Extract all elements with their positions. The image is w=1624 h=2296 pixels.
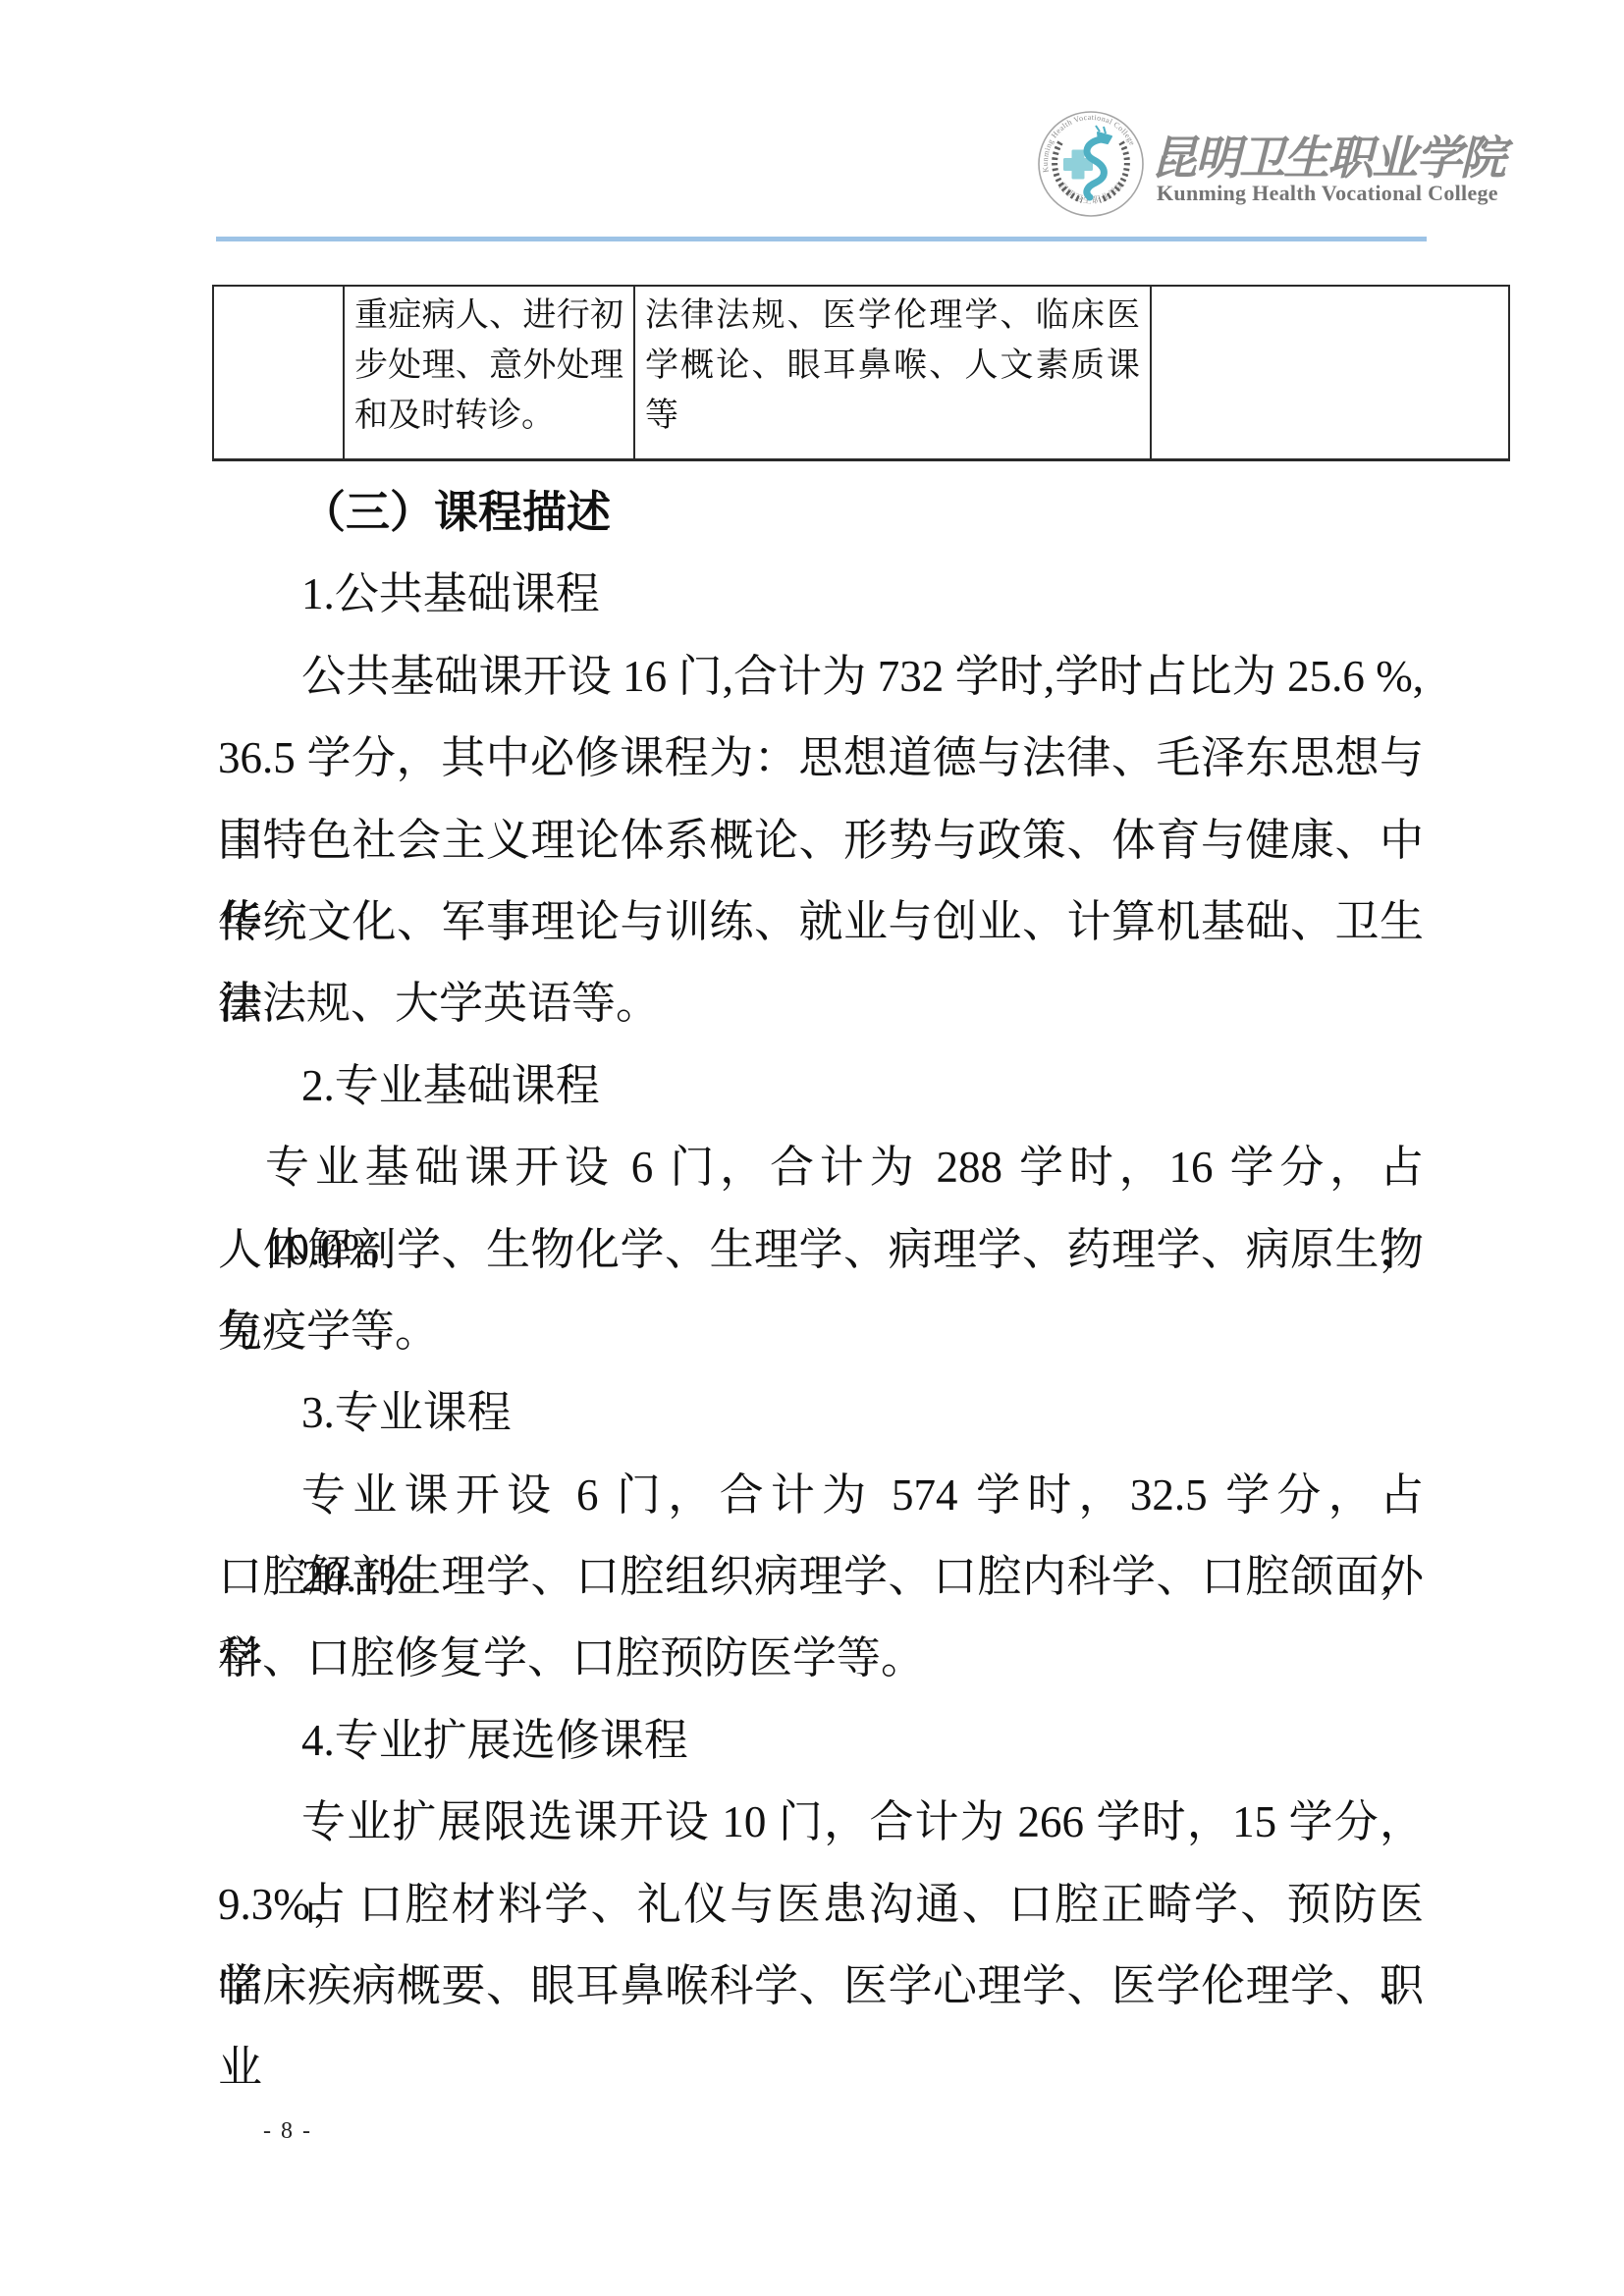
body-content: （三）课程描述 1.公共基础课程 公共基础课开设 16 门,合计为 732 学时… xyxy=(218,472,1424,2027)
body-line: 学、口腔修复学、口腔预防医学等。 xyxy=(218,1618,1424,1699)
subheading-elective-courses: 4.专业扩展选修课程 xyxy=(218,1700,1424,1782)
college-name-zh: 昆明卫生职业学院 xyxy=(1151,122,1514,177)
section-heading-course-description: （三）课程描述 xyxy=(218,472,1424,554)
body-line: 公共基础课开设 16 门,合计为 732 学时,学时占比为 25.6 %, xyxy=(218,636,1424,718)
table-cell-empty-left xyxy=(213,286,344,460)
body-line: 传统文化、军事理论与训练、就业与创业、计算机基础、卫生法 xyxy=(218,881,1424,963)
table-cell-empty-right xyxy=(1151,286,1509,460)
body-line: 律法规、大学英语等。 xyxy=(218,963,1424,1044)
table-cell-courses: 法律法规、医学伦理学、临床医学概论、眼耳鼻喉、人文素质课等 xyxy=(634,286,1151,460)
body-line: 临床疾病概要、眼耳鼻喉科学、医学心理学、医学伦理学、职业 xyxy=(218,1946,1424,2027)
document-page: Kunming Health Vocational College 昆明卫生职业… xyxy=(0,0,1624,2296)
subheading-major-basic-courses: 2.专业基础课程 xyxy=(218,1045,1424,1127)
table-row: 重症病人、进行初步处理、意外处理和及时转诊。 法律法规、医学伦理学、临床医学概论… xyxy=(213,286,1509,460)
curriculum-table: 重症病人、进行初步处理、意外处理和及时转诊。 法律法规、医学伦理学、临床医学概论… xyxy=(212,285,1510,461)
page-number: - 8 - xyxy=(263,2118,312,2145)
body-line: 36.5 学分，其中必修课程为：思想道德与法律、毛泽东思想与中 xyxy=(218,718,1424,799)
body-line: 专业扩展限选课开设 10 门，合计为 266 学时，15 学分，占 xyxy=(218,1782,1424,1863)
body-line: 国特色社会主义理论体系概论、形势与政策、体育与健康、中华 xyxy=(218,800,1424,881)
table-cell-ability: 重症病人、进行初步处理、意外处理和及时转诊。 xyxy=(344,286,634,460)
subheading-major-courses: 3.专业课程 xyxy=(218,1372,1424,1454)
body-line: 9.3%，口腔材料学、礼仪与医患沟通、口腔正畸学、预防医学、 xyxy=(218,1864,1424,1946)
body-line: 免疫学等。 xyxy=(218,1291,1424,1372)
school-seal-logo: Kunming Health Vocational College 昆明卫生职业… xyxy=(1037,110,1145,218)
body-line: 专业基础课开设 6 门，合计为 288 学时，16 学分，占 10.0%， xyxy=(218,1127,1424,1208)
body-line: 专业课开设 6 门，合计为 574 学时，32.5 学分，占 20.1%， xyxy=(218,1455,1424,1536)
subheading-public-basic-courses: 1.公共基础课程 xyxy=(218,554,1424,635)
body-line: 口腔解剖生理学、口腔组织病理学、口腔内科学、口腔颌面外科 xyxy=(218,1536,1424,1618)
college-name-en: Kunming Health Vocational College xyxy=(1157,181,1510,206)
body-line: 人体解剖学、生物化学、生理学、病理学、药理学、病原生物与 xyxy=(218,1209,1424,1291)
header-accent-rule xyxy=(216,237,1427,241)
